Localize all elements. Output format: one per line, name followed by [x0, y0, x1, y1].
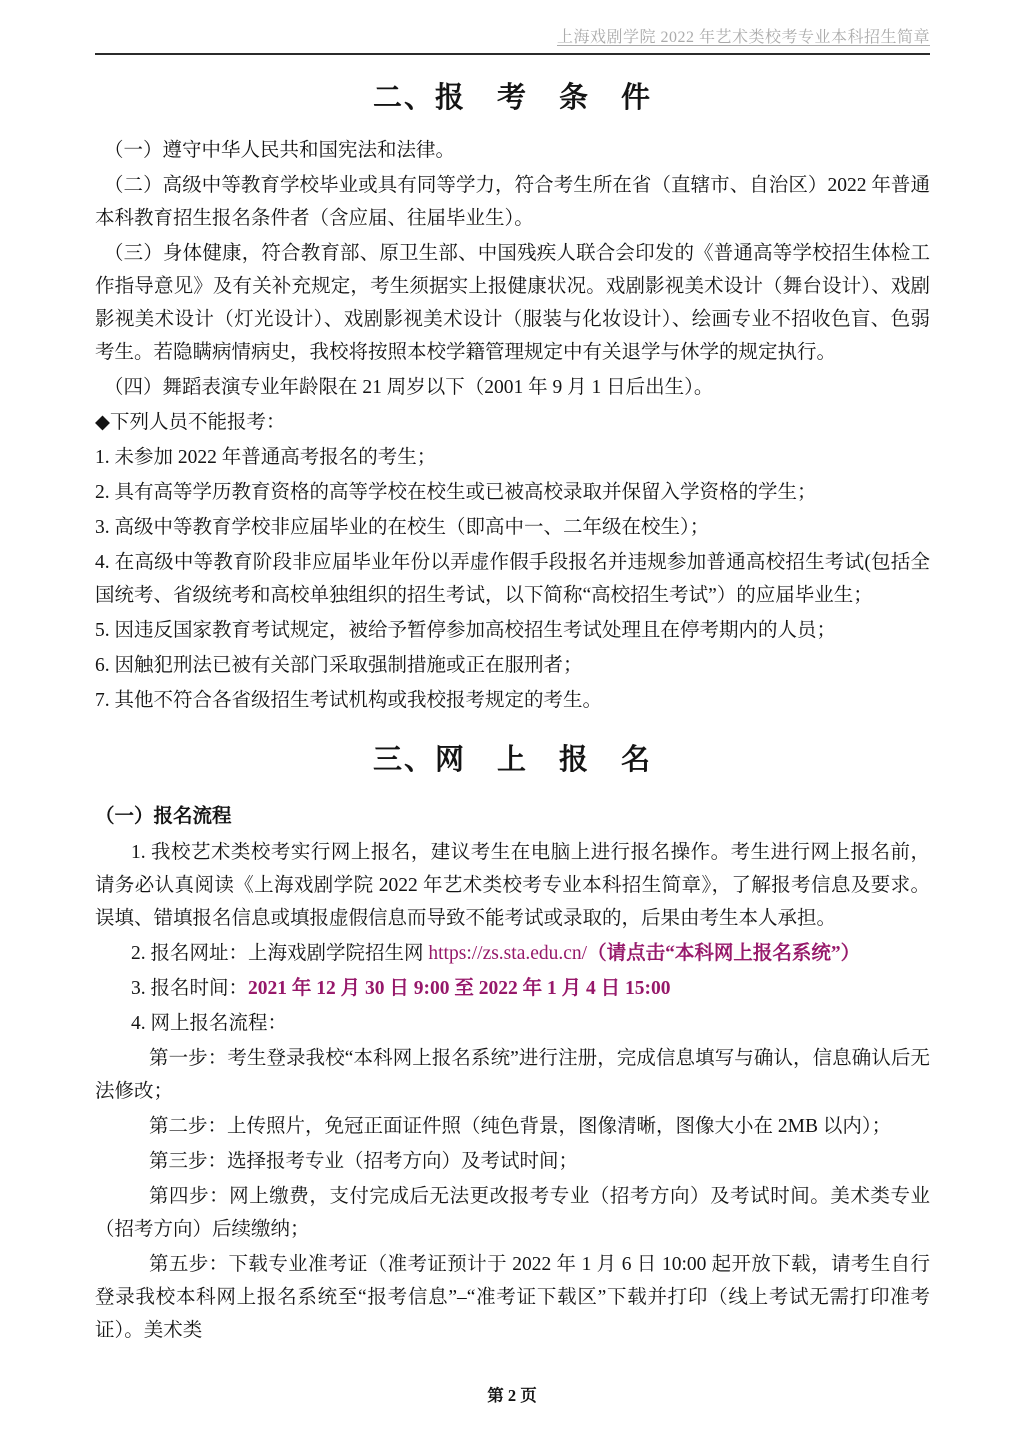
registration-step-4: 第四步：网上缴费，支付完成后无法更改报考专业（招考方向）及考试时间。美术类专业（… — [95, 1180, 930, 1246]
registration-flow-label: 4. 网上报名流程： — [95, 1007, 930, 1040]
page-header: 上海戏剧学院 2022 年艺术类校考专业本科招生简章 — [95, 24, 930, 55]
condition-clause-3: （三）身体健康，符合教育部、原卫生部、中国残疾人联合会印发的《普通高等学校招生体… — [95, 237, 930, 369]
registration-url-line: 2. 报名网址：上海戏剧学院招生网 https://zs.sta.edu.cn/… — [95, 937, 930, 970]
registration-time-line: 3. 报名时间：2021 年 12 月 30 日 9:00 至 2022 年 1… — [95, 972, 930, 1005]
condition-clause-1: （一）遵守中华人民共和国宪法和法律。 — [95, 134, 930, 167]
ineligible-item-1: 1. 未参加 2022 年普通高考报名的考生； — [95, 441, 930, 474]
registration-flow-subheading: （一）报名流程 — [95, 800, 930, 828]
document-page: 上海戏剧学院 2022 年艺术类校考专业本科招生简章 二、报 考 条 件 （一）… — [0, 0, 1024, 1448]
document-body: 二、报 考 条 件 （一）遵守中华人民共和国宪法和法律。 （二）高级中等教育学校… — [95, 75, 930, 1347]
registration-url-note: （请点击“本科网上报名系统”） — [587, 943, 860, 964]
registration-intro: 1. 我校艺术类校考实行网上报名，建议考生在电脑上进行报名操作。考生进行网上报名… — [95, 836, 930, 935]
ineligible-item-5: 5. 因违反国家教育考试规定，被给予暂停参加高校招生考试处理且在停考期内的人员； — [95, 614, 930, 647]
ineligible-list-heading: ◆下列人员不能报考： — [95, 406, 930, 439]
ineligible-item-3: 3. 高级中等教育学校非应届毕业的在校生（即高中一、二年级在校生）； — [95, 511, 930, 544]
ineligible-item-7: 7. 其他不符合各省级招生考试机构或我校报考规定的考生。 — [95, 684, 930, 717]
section-title-registration: 三、网 上 报 名 — [95, 737, 930, 778]
condition-clause-2: （二）高级中等教育学校毕业或具有同等学力，符合考生所在省（直辖市、自治区）202… — [95, 169, 930, 235]
registration-time-value: 2021 年 12 月 30 日 9:00 至 2022 年 1 月 4 日 1… — [248, 978, 671, 999]
registration-url-label: 2. 报名网址：上海戏剧学院招生网 — [131, 943, 428, 964]
registration-step-3: 第三步：选择报考专业（招考方向）及考试时间； — [95, 1145, 930, 1178]
registration-url-link[interactable]: https://zs.sta.edu.cn/ — [428, 943, 587, 964]
page-number: 第 2 页 — [0, 1382, 1024, 1406]
ineligible-item-4: 4. 在高级中等教育阶段非应届毕业年份以弄虚作假手段报名并违规参加普通高校招生考… — [95, 546, 930, 612]
registration-time-label: 3. 报名时间： — [131, 978, 248, 999]
ineligible-item-2: 2. 具有高等学历教育资格的高等学校在校生或已被高校录取并保留入学资格的学生； — [95, 476, 930, 509]
registration-step-5: 第五步：下载专业准考证（准考证预计于 2022 年 1 月 6 日 10:00 … — [95, 1248, 930, 1347]
section-title-conditions: 二、报 考 条 件 — [95, 75, 930, 116]
header-running-title: 上海戏剧学院 2022 年艺术类校考专业本科招生简章 — [557, 29, 930, 46]
registration-step-1: 第一步：考生登录我校“本科网上报名系统”进行注册，完成信息填写与确认，信息确认后… — [95, 1042, 930, 1108]
ineligible-item-6: 6. 因触犯刑法已被有关部门采取强制措施或正在服刑者； — [95, 649, 930, 682]
condition-clause-4: （四）舞蹈表演专业年龄限在 21 周岁以下（2001 年 9 月 1 日后出生）… — [95, 371, 930, 404]
registration-step-2: 第二步：上传照片，免冠正面证件照（纯色背景，图像清晰，图像大小在 2MB 以内）… — [95, 1110, 930, 1143]
